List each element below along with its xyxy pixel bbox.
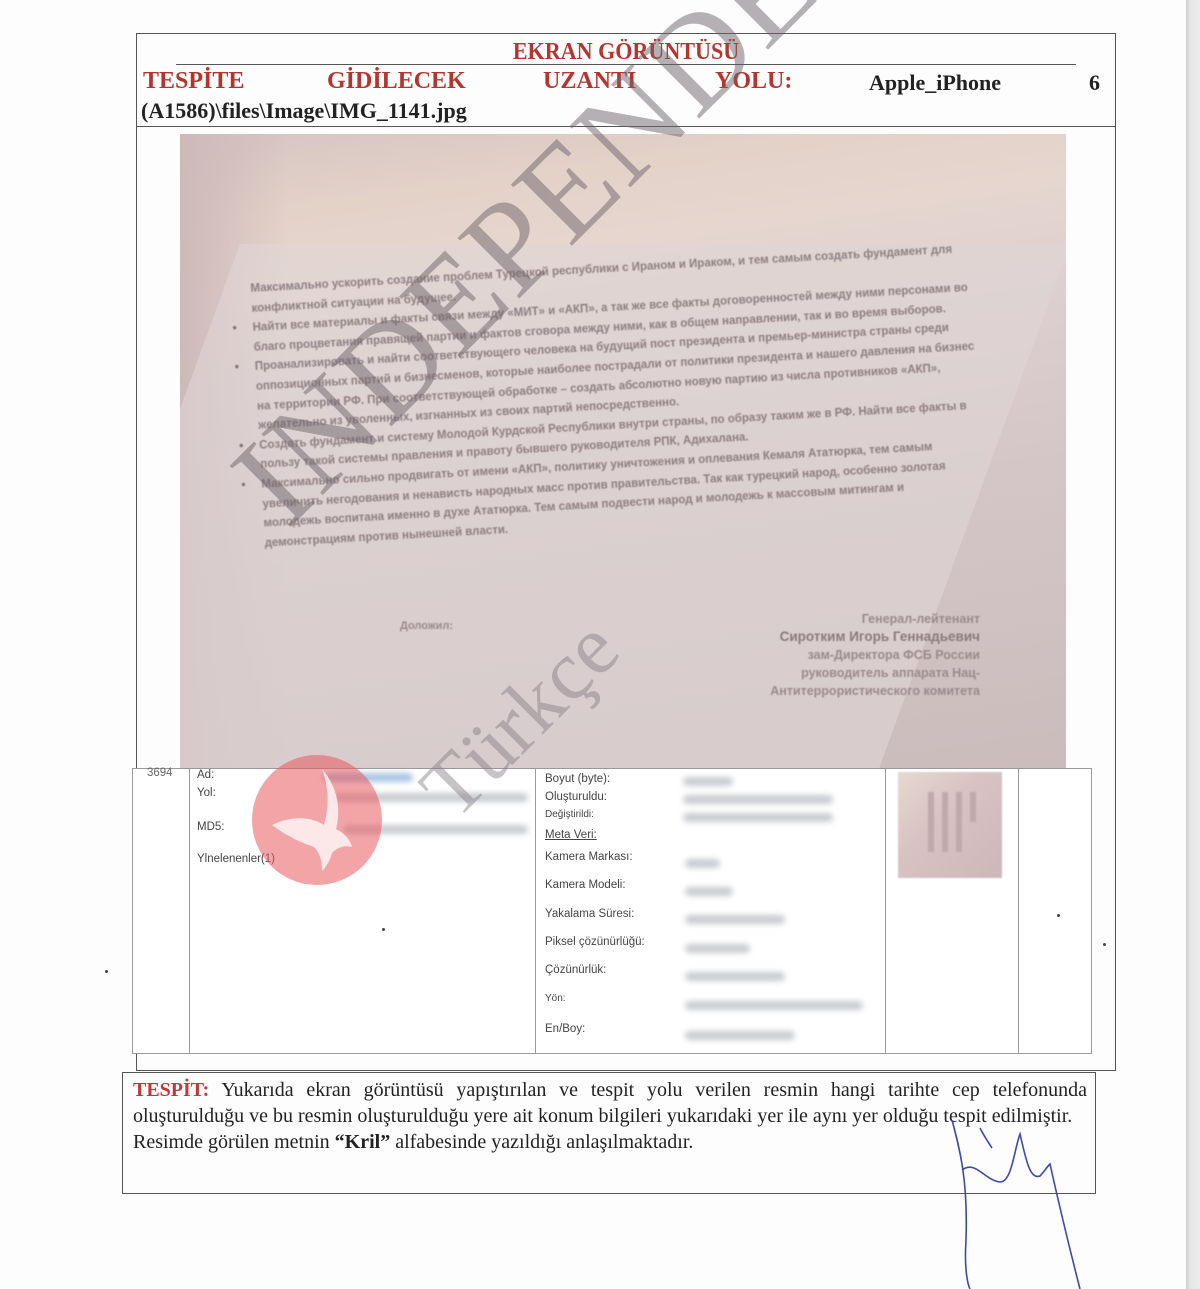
- findings-line2-bold: “Kril”: [335, 1131, 391, 1153]
- findings-line2-b: alfabesinde yazıldığı anlaşılmaktadır.: [390, 1131, 693, 1153]
- label-metadata: Meta Veri:: [545, 829, 597, 841]
- label-md5: MD5:: [197, 821, 224, 833]
- label-resolution: Çözünürlük:: [545, 964, 606, 976]
- redacted-value: [685, 859, 720, 868]
- page-edge-shadow: [1186, 0, 1200, 1289]
- redacted-value: [685, 887, 733, 896]
- redacted-value: [685, 915, 785, 924]
- findings-label: TESPİT:: [133, 1079, 209, 1101]
- handwritten-signature: [940, 1120, 1100, 1289]
- path-header: TESPİTE GİDİLECEK UZANTI YOLU: Apple_iPh…: [137, 66, 1115, 127]
- label-camera-make: Kamera Markası:: [545, 851, 633, 863]
- redacted-value: [683, 795, 833, 804]
- path-device-model: 6: [1089, 70, 1100, 96]
- eagle-icon: [252, 755, 382, 885]
- path-label-word: YOLU:: [715, 68, 792, 95]
- findings-line2-a: Resimde görülen metnin: [133, 1131, 335, 1153]
- signature-line: руководитель аппарата Нац-: [700, 664, 980, 682]
- reported-by-label: Доложил:: [400, 620, 453, 632]
- label-modified: Değiştirildi:: [545, 809, 594, 820]
- eagle-logo: [252, 755, 382, 885]
- label-name: Ad:: [197, 769, 214, 781]
- label-created: Oluşturuldu:: [545, 791, 607, 803]
- signature-line: Антитеррористического комитета: [700, 682, 980, 700]
- redacted-value: [685, 1001, 863, 1010]
- redacted-value: [683, 777, 733, 786]
- signature-line: зам-Директора ФСБ России: [700, 646, 980, 664]
- redacted-value: [685, 972, 785, 981]
- path-file: (A1586)\files\Image\IMG_1141.jpg: [141, 98, 467, 124]
- label-camera-model: Kamera Modeli:: [545, 879, 626, 891]
- signature-block: Генерал-лейтенант Сиротким Игорь Геннадь…: [700, 610, 980, 700]
- label-path: Yol:: [197, 787, 216, 799]
- redacted-value: [685, 1031, 795, 1040]
- path-label-word: UZANTI: [543, 68, 636, 95]
- label-aspect: En/Boy:: [545, 1023, 585, 1035]
- signature-name: Сиротким Игорь Геннадьевич: [700, 628, 980, 646]
- redacted-value: [683, 813, 833, 822]
- label-pixel-resolution: Piksel çözünürlüğü:: [545, 936, 645, 948]
- path-label-word: GİDİLECEK: [327, 68, 466, 95]
- redacted-value: [685, 944, 750, 953]
- label-orientation: Yön:: [545, 993, 566, 1004]
- label-size: Boyut (byte):: [545, 773, 610, 785]
- page-title: EKRAN GÖRÜNTÜSÜ: [176, 34, 1076, 65]
- cyrillic-document-text: Максимально ускорить создание проблем Ту…: [250, 240, 984, 554]
- signature-line: Генерал-лейтенант: [700, 610, 980, 628]
- row-id: 3694: [147, 767, 173, 779]
- label-capture-time: Yakalama Süresi:: [545, 908, 634, 920]
- path-label-word: TESPİTE: [143, 68, 244, 95]
- path-device: Apple_iPhone: [869, 70, 1001, 96]
- image-thumbnail: [898, 772, 1002, 878]
